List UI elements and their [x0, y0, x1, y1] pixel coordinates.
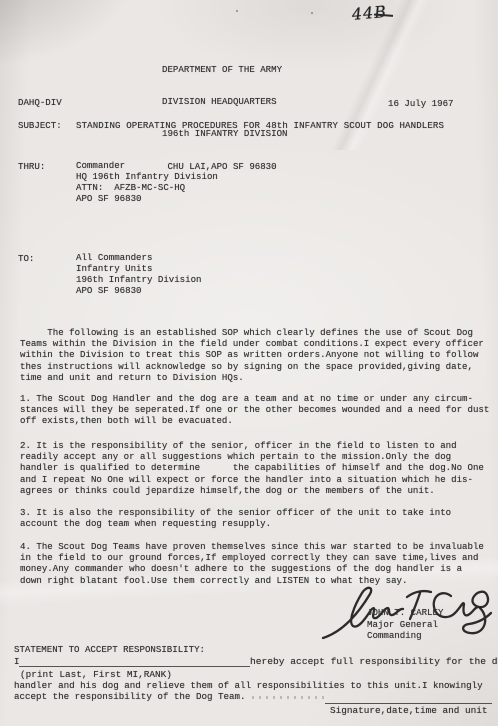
- office-symbol: DAHQ-DIV: [18, 97, 62, 108]
- statement-heading: STATEMENT TO ACCEPT RESPONSIBILITY:: [14, 644, 205, 655]
- letterhead-line: DEPARTMENT OF THE ARMY: [162, 65, 288, 76]
- to-address: All Commanders Infantry Units 196th Infa…: [76, 253, 202, 297]
- body-paragraph-1: 1. The Scout Dog Handler and the dog are…: [20, 393, 489, 427]
- body-paragraph-3: 3. It is also the responsibility of the …: [20, 507, 451, 529]
- to-label: TO:: [18, 253, 34, 264]
- thru-label: THRU:: [18, 161, 45, 172]
- scan-speck: [311, 12, 313, 14]
- memo-date: 16 July 1967: [388, 98, 454, 109]
- body-intro-paragraph: The following is an established SOP whic…: [20, 327, 484, 383]
- scanned-memo-page: 44B DEPARTMENT OF THE ARMY DIVISION HEAD…: [0, 0, 498, 726]
- handwritten-page-number: 44B: [351, 1, 397, 29]
- statement-continuation: handler and his dog and relieve them of …: [14, 680, 483, 703]
- name-blank-line: [19, 666, 250, 667]
- signature-line: [325, 703, 492, 704]
- signature-typed-block: JOHN T. CARLEY Major General Commanding: [367, 607, 443, 642]
- subject-label: SUBJECT:: [18, 120, 62, 131]
- signature-line-caption: Signature,date,time and unit: [330, 705, 488, 716]
- statement-after-blank: hereby accept full responsibility for th…: [250, 656, 498, 667]
- subject-text: STANDING OPERATING PROCEDURES FOR 48th I…: [76, 120, 444, 131]
- print-name-hint: (print Last, First MI,RANK): [20, 669, 172, 680]
- letterhead-line: DIVISION HEADQUARTERS: [162, 97, 288, 108]
- thru-address: Commander HQ 196th Infantry Division ATT…: [76, 161, 218, 205]
- scan-speck: [236, 10, 238, 12]
- pencil-smudge: [252, 696, 324, 699]
- body-paragraph-2: 2. It is the responsibility of the senio…: [20, 440, 484, 496]
